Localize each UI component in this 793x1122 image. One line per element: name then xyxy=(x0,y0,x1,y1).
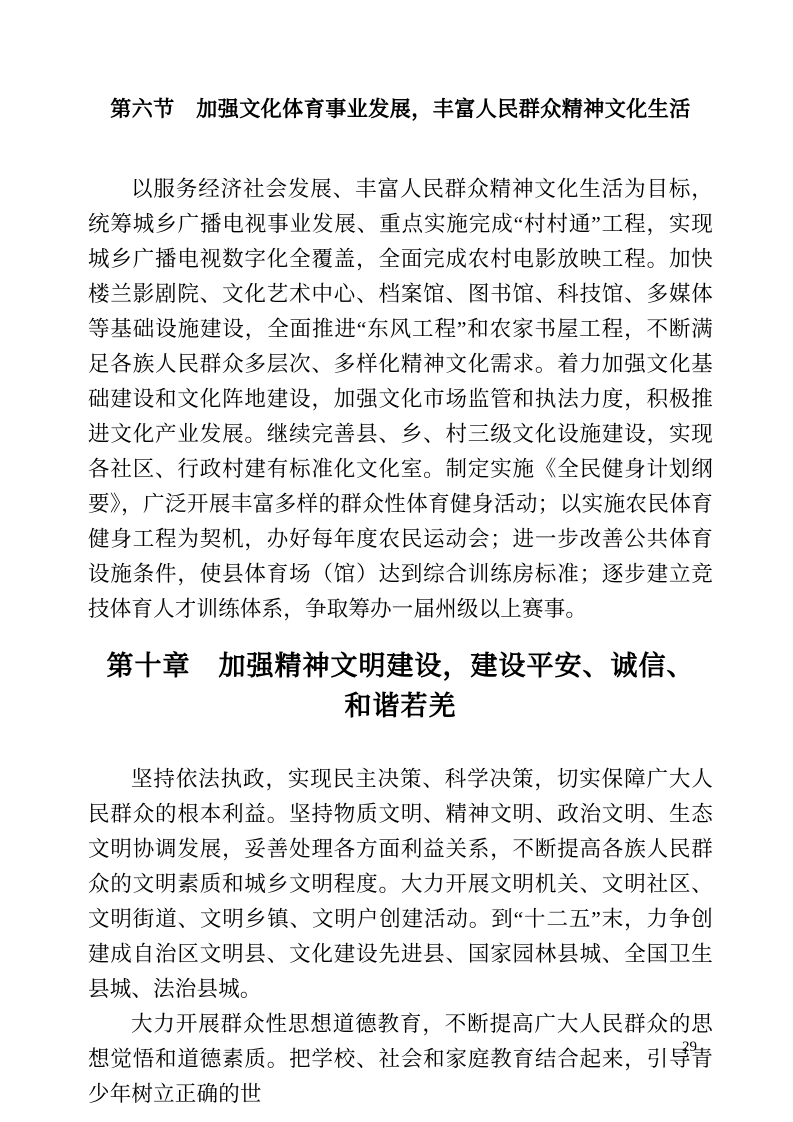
chapter-paragraph-2: 大力开展群众性思想道德教育，不断提高广大人民群众的思想觉悟和道德素质。把学校、社… xyxy=(88,1007,713,1112)
page-number: 29 xyxy=(682,1038,697,1056)
document-page: 第六节 加强文化体育事业发展，丰富人民群众精神文化生活 以服务经济社会发展、丰富… xyxy=(0,0,793,1122)
page-content: 第六节 加强文化体育事业发展，丰富人民群众精神文化生活 以服务经济社会发展、丰富… xyxy=(88,0,713,1112)
chapter-paragraph-1: 坚持依法执政，实现民主决策、科学决策，切实保障广大人民群众的根本利益。坚持物质文… xyxy=(88,762,713,1007)
chapter-heading-line2: 和谐若羌 xyxy=(88,686,713,726)
section-body-paragraph: 以服务经济社会发展、丰富人民群众精神文化生活为目标，统筹城乡广播电视事业发展、重… xyxy=(88,172,713,627)
chapter-heading-line1: 第十章 加强精神文明建设，建设平安、诚信、 xyxy=(88,646,713,686)
section-heading: 第六节 加强文化体育事业发展，丰富人民群众精神文化生活 xyxy=(88,96,713,124)
chapter-heading: 第十章 加强精神文明建设，建设平安、诚信、 和谐若羌 xyxy=(88,646,713,726)
